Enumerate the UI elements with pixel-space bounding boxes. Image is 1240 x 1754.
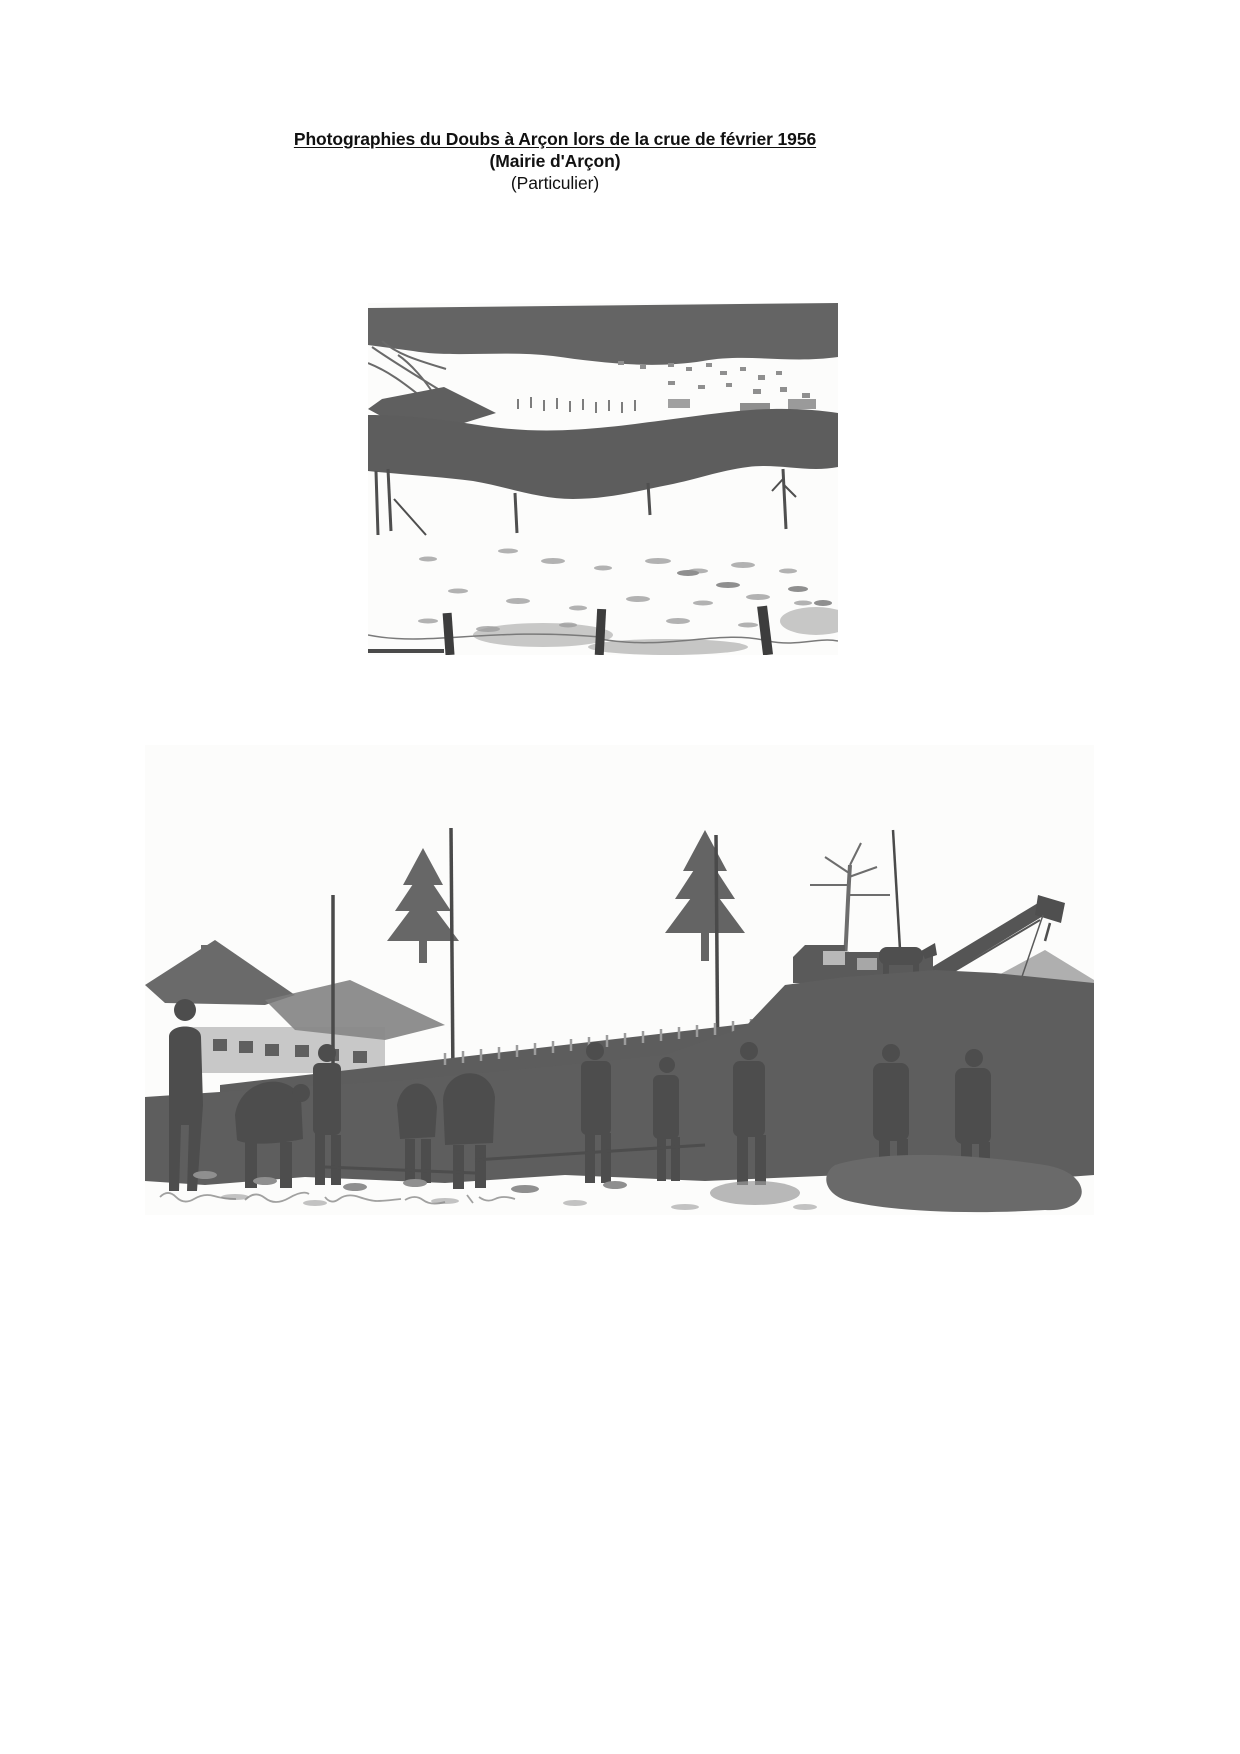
document-title-block: Photographies du Doubs à Arçon lors de l… — [0, 128, 1110, 194]
title-subline-mairie: (Mairie d'Arçon) — [0, 150, 1110, 172]
document-page: Photographies du Doubs à Arçon lors de l… — [0, 0, 1240, 1754]
photo-bridge-crane-workers — [145, 745, 1094, 1215]
title-subline-particulier: (Particulier) — [0, 172, 1110, 194]
photo-flooded-valley — [368, 303, 838, 655]
page-title: Photographies du Doubs à Arçon lors de l… — [0, 128, 1110, 150]
